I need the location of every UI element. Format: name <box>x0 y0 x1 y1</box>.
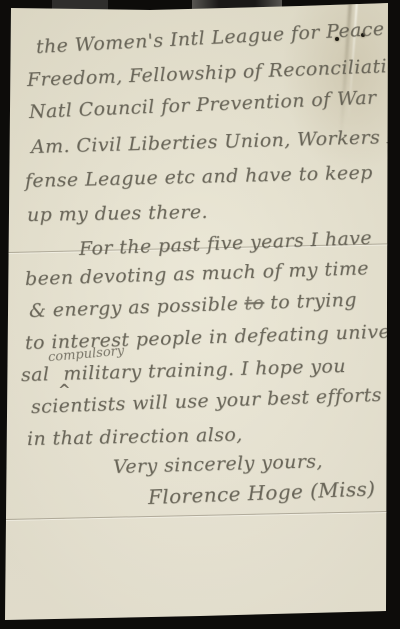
letter-line-paragraph-start: For the past five years I have <box>79 227 373 260</box>
letter-paper: the Women's Intl League for Peace & Free… <box>0 0 400 629</box>
letter-photograph: the Women's Intl League for Peace & Free… <box>0 0 400 629</box>
amended-text-after: to trying <box>270 289 357 314</box>
letter-line: Natl Council for Prevention of War <box>29 86 377 123</box>
letter-closing: Very sincerely yours, <box>113 450 323 478</box>
letter-line: Am. Civil Liberties Union, Workers De- <box>31 125 400 158</box>
struck-out-word: to <box>244 292 265 315</box>
amended-text-before: & energy as possible <box>29 293 239 322</box>
fold-crease-lower <box>5 511 387 520</box>
letter-line: fense League etc and have to keep <box>25 162 373 192</box>
letter-line-amended: & energy as possibletoto trying <box>29 288 364 322</box>
letter-line: up my dues there. <box>27 201 208 226</box>
letter-signature: Florence Hoge (Miss) <box>148 476 376 509</box>
letter-line: scientists will use your best efforts <box>31 384 383 418</box>
letter-line: been devoting as much of my time <box>25 257 370 290</box>
letter-line: in that direction also, <box>27 423 243 450</box>
insertion-line-start: sal <box>21 363 50 386</box>
background-dark-tab <box>52 0 108 10</box>
